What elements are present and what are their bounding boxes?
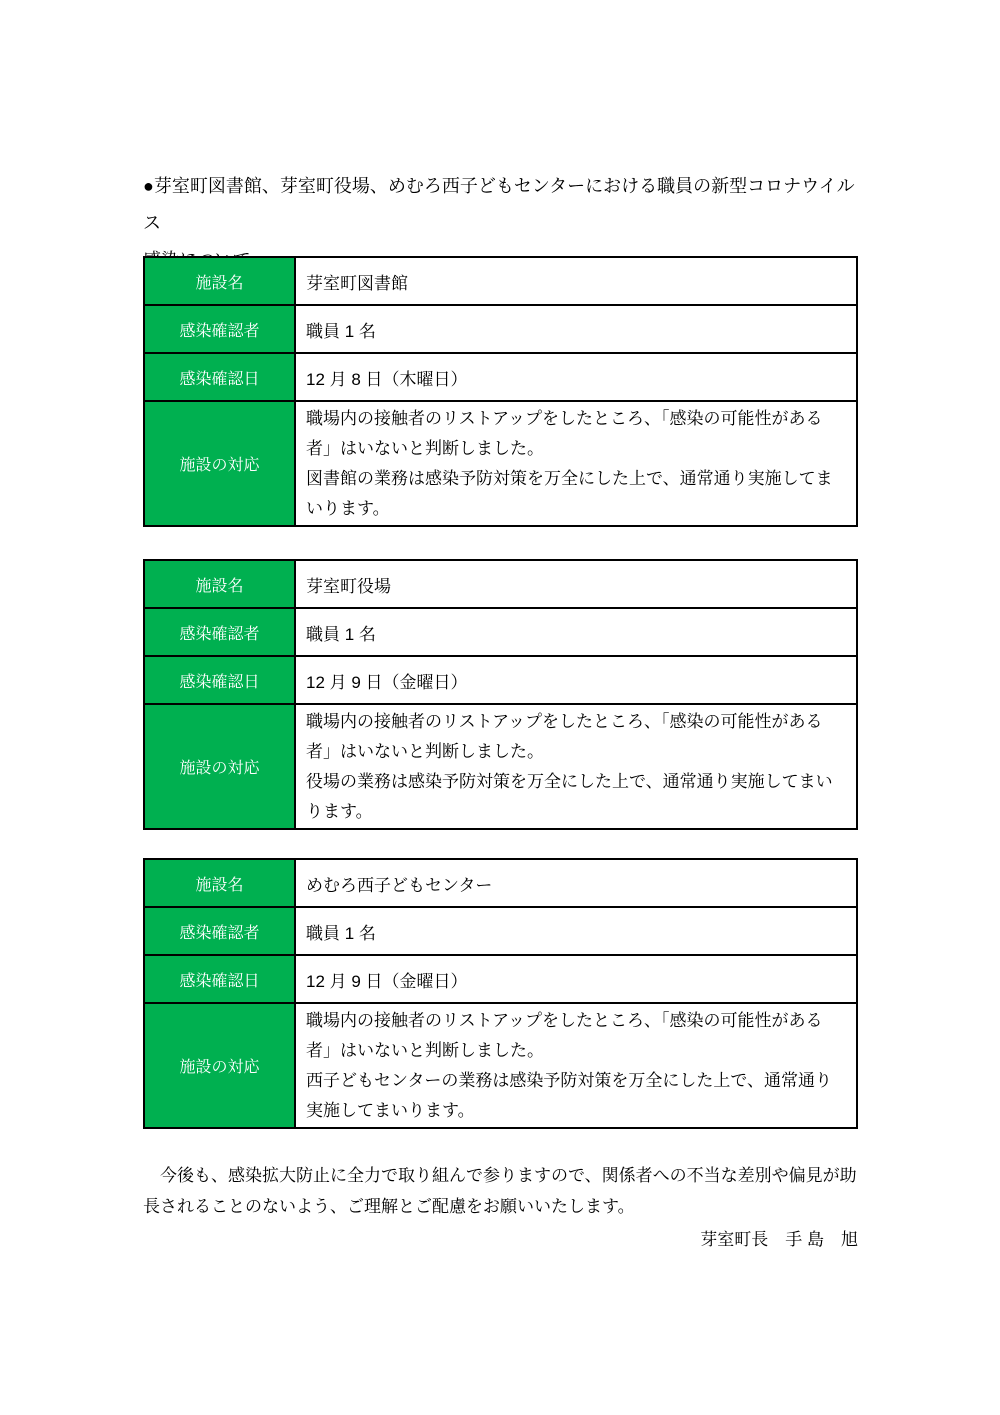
facility-name-value: 芽室町役場 [295,560,857,608]
closing-paragraph: 今後も、感染拡大防止に全力で取り組んで参りますので、関係者への不当な差別や偏見が… [143,1160,878,1222]
response-line: 者」はいないと判断しました。 [306,737,846,767]
confirmed-person-value: 職員 1 名 [295,608,857,656]
table-row-facility-name: 施設名 芽室町図書館 [144,257,857,305]
response-line: 図書館の業務は感染予防対策を万全にした上で、通常通り実施してま [306,464,846,494]
table-row-confirmed-person: 感染確認者 職員 1 名 [144,305,857,353]
table-row-confirmed-date: 感染確認日 12 月 9 日（金曜日） [144,656,857,704]
document-title-line-1: ●芽室町図書館、芽室町役場、めむろ西子どもセンターにおける職員の新型コロナウイル… [143,168,868,242]
facility-table-library: 施設名 芽室町図書館 感染確認者 職員 1 名 感染確認日 12 月 8 日（木… [143,256,858,527]
row-label-confirmed-date: 感染確認日 [144,353,295,401]
row-label-facility-response: 施設の対応 [144,1003,295,1128]
facility-table-town-hall: 施設名 芽室町役場 感染確認者 職員 1 名 感染確認日 12 月 9 日（金曜… [143,559,858,830]
response-line: 西子どもセンターの業務は感染予防対策を万全にした上で、通常通り [306,1066,846,1096]
row-label-facility-response: 施設の対応 [144,401,295,526]
row-label-facility-response: 施設の対応 [144,704,295,829]
response-line: ります。 [306,797,846,827]
response-line: 実施してまいります。 [306,1096,846,1126]
table-row-facility-response: 施設の対応 職場内の接触者のリストアップをしたところ、「感染の可能性がある 者」… [144,704,857,829]
facility-response-value: 職場内の接触者のリストアップをしたところ、「感染の可能性がある 者」はいないと判… [295,1003,857,1128]
facility-response-value: 職場内の接触者のリストアップをしたところ、「感染の可能性がある 者」はいないと判… [295,704,857,829]
row-label-facility-name: 施設名 [144,257,295,305]
row-label-confirmed-person: 感染確認者 [144,907,295,955]
table-row-facility-response: 施設の対応 職場内の接触者のリストアップをしたところ、「感染の可能性がある 者」… [144,401,857,526]
document-page: ●芽室町図書館、芽室町役場、めむろ西子どもセンターにおける職員の新型コロナウイル… [0,0,1000,1415]
confirmed-date-value: 12 月 8 日（木曜日） [295,353,857,401]
response-line: 者」はいないと判断しました。 [306,434,846,464]
facility-table-children-center: 施設名 めむろ西子どもセンター 感染確認者 職員 1 名 感染確認日 12 月 … [143,858,858,1129]
closing-paragraph-line-2: 長されることのないよう、ご理解とご配慮をお願いいたします。 [143,1191,878,1222]
row-label-confirmed-date: 感染確認日 [144,955,295,1003]
response-line: 職場内の接触者のリストアップをしたところ、「感染の可能性がある [306,404,846,434]
table-row-facility-name: 施設名 芽室町役場 [144,560,857,608]
table-row-confirmed-person: 感染確認者 職員 1 名 [144,608,857,656]
response-line: 職場内の接触者のリストアップをしたところ、「感染の可能性がある [306,1006,846,1036]
table-row-confirmed-date: 感染確認日 12 月 8 日（木曜日） [144,353,857,401]
facility-response-value: 職場内の接触者のリストアップをしたところ、「感染の可能性がある 者」はいないと判… [295,401,857,526]
confirmed-date-value: 12 月 9 日（金曜日） [295,656,857,704]
response-line: 役場の業務は感染予防対策を万全にした上で、通常通り実施してまい [306,767,846,797]
confirmed-person-value: 職員 1 名 [295,305,857,353]
row-label-facility-name: 施設名 [144,859,295,907]
confirmed-person-value: 職員 1 名 [295,907,857,955]
response-line: いります。 [306,494,846,524]
confirmed-date-value: 12 月 9 日（金曜日） [295,955,857,1003]
table-row-facility-name: 施設名 めむろ西子どもセンター [144,859,857,907]
row-label-confirmed-person: 感染確認者 [144,305,295,353]
facility-name-value: 芽室町図書館 [295,257,857,305]
table-row-confirmed-person: 感染確認者 職員 1 名 [144,907,857,955]
closing-paragraph-line-1: 今後も、感染拡大防止に全力で取り組んで参りますので、関係者への不当な差別や偏見が… [143,1160,878,1191]
response-line: 者」はいないと判断しました。 [306,1036,846,1066]
response-line: 職場内の接触者のリストアップをしたところ、「感染の可能性がある [306,707,846,737]
row-label-confirmed-person: 感染確認者 [144,608,295,656]
table-row-confirmed-date: 感染確認日 12 月 9 日（金曜日） [144,955,857,1003]
mayor-signature: 芽室町長 手 島 旭 [143,1227,858,1252]
facility-name-value: めむろ西子どもセンター [295,859,857,907]
row-label-facility-name: 施設名 [144,560,295,608]
table-row-facility-response: 施設の対応 職場内の接触者のリストアップをしたところ、「感染の可能性がある 者」… [144,1003,857,1128]
row-label-confirmed-date: 感染確認日 [144,656,295,704]
